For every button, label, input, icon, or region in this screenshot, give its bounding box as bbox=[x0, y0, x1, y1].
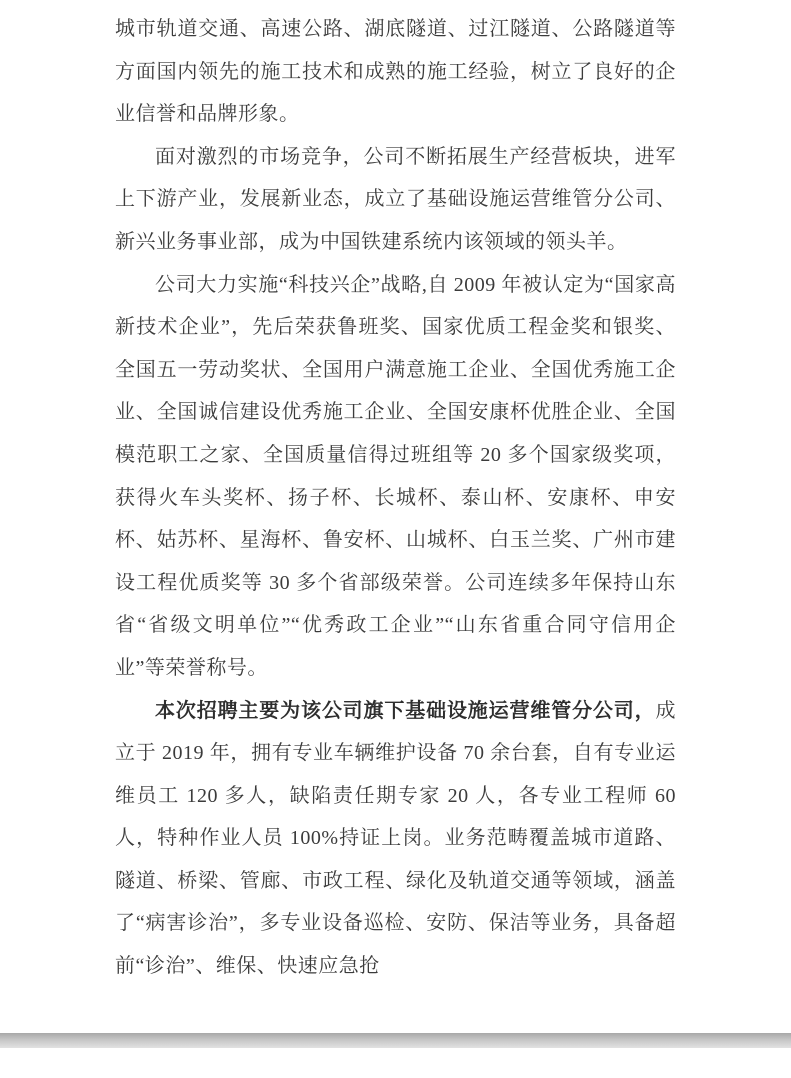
paragraph-market-expansion: 面对激烈的市场竞争，公司不断拓展生产经营板块，进军上下游产业，发展新业态，成立了… bbox=[115, 136, 676, 264]
document-viewer: 城市轨道交通、高速公路、湖底隧道、过江隧道、公路隧道等方面国内领先的施工技术和成… bbox=[0, 0, 791, 1078]
document-page: 城市轨道交通、高速公路、湖底隧道、过江隧道、公路隧道等方面国内领先的施工技术和成… bbox=[0, 0, 791, 1033]
document-body-text: 城市轨道交通、高速公路、湖底隧道、过江隧道、公路隧道等方面国内领先的施工技术和成… bbox=[115, 8, 676, 988]
paragraph-text: 面对激烈的市场竞争，公司不断拓展生产经营板块，进军上下游产业，发展新业态，成立了… bbox=[115, 146, 676, 253]
paragraph-company-reputation: 城市轨道交通、高速公路、湖底隧道、过江隧道、公路隧道等方面国内领先的施工技术和成… bbox=[115, 8, 676, 136]
page-break-separator bbox=[0, 1033, 791, 1048]
paragraph-recruitment-intro: 本次招聘主要为该公司旗下基础设施运营维管分公司，成立于 2019 年，拥有专业车… bbox=[115, 690, 676, 988]
paragraph-text: 城市轨道交通、高速公路、湖底隧道、过江隧道、公路隧道等方面国内领先的施工技术和成… bbox=[115, 18, 676, 125]
paragraph-text-bold: 本次招聘主要为该公司旗下基础设施运营维管分公司， bbox=[155, 700, 656, 722]
next-page-top bbox=[0, 1048, 791, 1078]
paragraph-text: 成立于 2019 年，拥有专业车辆维护设备 70 余台套，自有专业运维员工 12… bbox=[115, 700, 676, 978]
paragraph-awards-honors: 公司大力实施“科技兴企”战略,自 2009 年被认定为“国家高新技术企业”，先后… bbox=[115, 264, 676, 690]
paragraph-text: 公司大力实施“科技兴企”战略,自 2009 年被认定为“国家高新技术企业”，先后… bbox=[115, 274, 676, 679]
